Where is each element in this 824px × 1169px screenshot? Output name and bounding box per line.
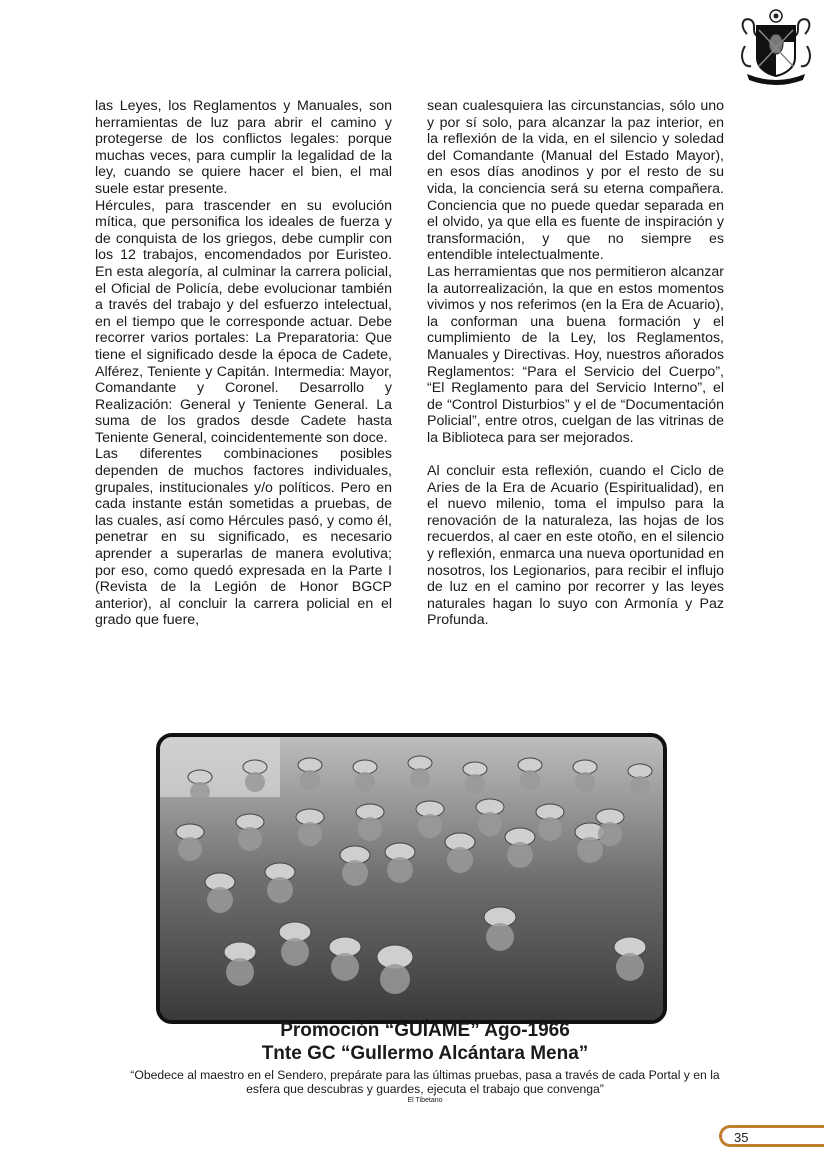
quote-author: El Tibetano xyxy=(130,1097,720,1104)
paragraph: Al concluir esta reflexión, cuando el Ci… xyxy=(427,463,724,629)
paragraph-spacer xyxy=(427,446,724,463)
paragraph: sean cualesquiera las circunstancias, só… xyxy=(427,98,724,264)
page-number: 35 xyxy=(734,1130,748,1145)
article-left-column: las Leyes, los Reglamentos y Manuales, s… xyxy=(95,98,392,629)
paragraph: Las herramientas que nos permitieron alc… xyxy=(427,264,724,447)
paragraph: Las diferentes combinaciones posibles de… xyxy=(95,446,392,629)
quote-text: “Obedece al maestro en el Sendero, prepá… xyxy=(130,1068,720,1096)
group-photo xyxy=(156,733,667,1024)
crest-logo-icon xyxy=(737,6,815,88)
photo-caption-subtitle: Tnte GC “Gullermo Alcántara Mena” xyxy=(140,1043,710,1065)
paragraph: las Leyes, los Reglamentos y Manuales, s… xyxy=(95,98,392,198)
page-number-tab: 35 xyxy=(719,1125,824,1147)
paragraph: Hércules, para trascender en su evolució… xyxy=(95,198,392,447)
article-right-column: sean cualesquiera las circunstancias, só… xyxy=(427,98,724,629)
photo-caption-title: Promoción “GUÍAME” Ago-1966 xyxy=(140,1020,710,1042)
